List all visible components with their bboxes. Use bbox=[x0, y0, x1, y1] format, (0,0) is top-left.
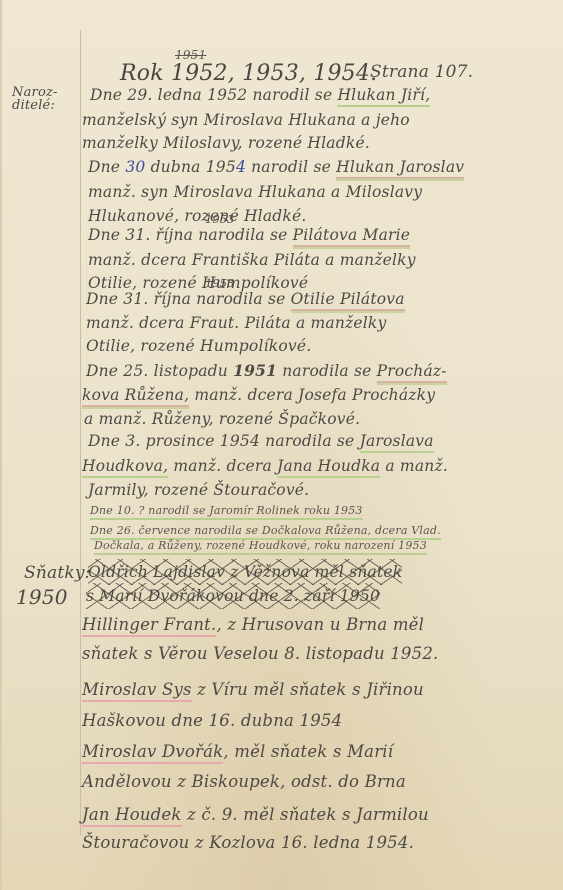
text-fragment: Dne bbox=[88, 158, 125, 176]
birth-entry-2-line-2: manž. syn Miroslava Hlukana a Miloslavy bbox=[88, 183, 422, 201]
marriage-entry-5-line-1: Jan Houdek z č. 9. měl sňatek s Jarmilou bbox=[82, 805, 429, 824]
marriage-entry-1-line-1: Oldřich Lajdislav z Věžnova měl sňatek bbox=[88, 563, 402, 581]
birth-entry-1-line-3: manželky Miloslavy, rozené Hladké. bbox=[82, 134, 370, 152]
birth-note-2-line-2: Dočkala, a Růženy, rozené Houdkové, roku… bbox=[94, 539, 427, 552]
births-margin-label: Naroz- ditelé: bbox=[12, 86, 58, 112]
birth-entry-6-line-3: Jarmily, rozené Štouračové. bbox=[88, 481, 309, 499]
marriage-entry-4-line-2: Andělovou z Biskoupek, odst. do Brna bbox=[82, 772, 406, 791]
birth-entry-1-line-1: Dne 29. ledna 1952 narodil se Hlukan Jiř… bbox=[90, 86, 430, 104]
text-fragment: narodila se bbox=[277, 362, 377, 380]
person-name: Hlukan Jaroslav bbox=[336, 158, 464, 179]
marriages-margin-label: Sňatky: bbox=[24, 563, 91, 583]
text-fragment: manž. dcera bbox=[168, 457, 277, 475]
marriage-entry-1-line-2: s Marií Dvořákovou dne 2. září 1950 bbox=[86, 587, 380, 605]
birth-entry-5-line-1: Dne 25. listopadu 1951 narodila se Proch… bbox=[86, 361, 447, 380]
marriage-entry-4-line-1: Miroslav Dvořák, měl sňatek s Marií bbox=[82, 742, 393, 761]
corrected-day: 30 bbox=[125, 158, 145, 176]
marriages-margin-year: 1950 bbox=[16, 585, 68, 609]
text-fragment: , z Hrusovan u Brna měl bbox=[216, 615, 424, 634]
text-fragment: dubna 195 bbox=[145, 158, 236, 176]
text-fragment: , měl sňatek s Marií bbox=[223, 742, 393, 761]
text-fragment: z č. 9. měl sňatek s Jarmilou bbox=[182, 805, 429, 824]
superscript-year: 1953 bbox=[205, 276, 234, 290]
person-name: Houdkova, bbox=[82, 457, 168, 478]
text-fragment: manž. dcera Josefa Procházky bbox=[189, 386, 435, 404]
birth-entry-6-line-1: Dne 3. prosince 1954 narodila se Jarosla… bbox=[88, 432, 434, 450]
birth-entry-3-line-1: Dne 31. října narodila se Pilátova Marie bbox=[88, 226, 410, 244]
person-name: Miroslav Sys bbox=[82, 680, 192, 702]
person-name: Hlukan Jiří, bbox=[337, 86, 430, 107]
birth-entry-2-line-3: Hlukanové, rozené Hladké. bbox=[88, 207, 306, 225]
corrected-year-digit: 4 bbox=[236, 158, 246, 176]
father-name: Jana Houdka bbox=[277, 457, 380, 478]
birth-entry-1-line-2: manželský syn Miroslava Hlukana a jeho bbox=[82, 111, 410, 129]
corrected-year: 1951 bbox=[233, 361, 277, 380]
text-fragment: narodil se bbox=[246, 158, 336, 176]
text-fragment: a manž. bbox=[380, 457, 448, 475]
birth-entry-2-line-1: Dne 30 dubna 1954 narodil se Hlukan Jaro… bbox=[88, 158, 464, 176]
births-label-line-2: ditelé: bbox=[12, 99, 58, 112]
marriage-entry-2-line-1: Hillinger Frant., z Hrusovan u Brna měl bbox=[82, 615, 424, 634]
person-name: Hillinger Frant. bbox=[82, 615, 216, 637]
person-name: kova Růžena, bbox=[82, 386, 189, 407]
register-page: Strana 107. 1951 Rok 1952, 1953, 1954. N… bbox=[0, 0, 563, 890]
birth-entry-4-line-2: manž. dcera Fraut. Piláta a manželky bbox=[86, 314, 386, 332]
text-fragment: Dne 25. listopadu bbox=[86, 362, 233, 380]
person-name: Miroslav Dvořák bbox=[82, 742, 223, 764]
birth-entry-6-line-2: Houdkova, manž. dcera Jana Houdka a manž… bbox=[82, 457, 448, 475]
marriage-entry-5-line-2: Štouračovou z Kozlova 16. ledna 1954. bbox=[82, 833, 414, 852]
birth-note-1: Dne 10. ? narodil se Jaromír Rolinek rok… bbox=[90, 504, 363, 517]
birth-entry-4-line-1: Dne 31. října narodila se Otilie Pilátov… bbox=[86, 290, 405, 308]
page-number: Strana 107. bbox=[370, 62, 473, 82]
text-fragment: Dne 10. ? narodil se Jaromír Rolinek rok… bbox=[90, 504, 363, 520]
marriage-entry-3-line-1: Miroslav Sys z Víru měl sňatek s Jiřinou bbox=[82, 680, 424, 699]
person-name: Procház- bbox=[377, 362, 447, 383]
marriage-entry-2-line-2: sňatek s Věrou Veselou 8. listopadu 1952… bbox=[82, 644, 438, 663]
person-name: Otilie Pilátova bbox=[291, 290, 405, 311]
struck-year: 1951 bbox=[175, 48, 206, 62]
text-fragment: Dočkala, a Růženy, rozené Houdkové, roku… bbox=[94, 539, 427, 555]
person-name: Jaroslava bbox=[360, 432, 434, 453]
text-fragment: Dne 26. července narodila se Dočkalova R… bbox=[90, 524, 441, 540]
person-name: Pilátova Marie bbox=[293, 226, 411, 247]
text-fragment: z Víru měl sňatek s Jiřinou bbox=[192, 680, 424, 699]
birth-entry-5-line-3: a manž. Růženy, rozené Špačkové. bbox=[84, 410, 360, 428]
text-fragment: Dne 31. října narodila se bbox=[88, 226, 293, 244]
crossed-out-text: s Marií Dvořákovou dne 2. září 1950 bbox=[86, 587, 380, 605]
text-fragment: Dne 31. října narodila se bbox=[86, 290, 291, 308]
birth-entry-3-line-2: manž. dcera Františka Piláta a manželky bbox=[88, 251, 416, 269]
birth-note-2-line-1: Dne 26. července narodila se Dočkalova R… bbox=[90, 524, 441, 537]
birth-entry-5-line-2: kova Růžena, manž. dcera Josefa Procházk… bbox=[82, 386, 435, 404]
text-fragment: Dne 3. prosince 1954 narodila se bbox=[88, 432, 360, 450]
crossed-out-text: Oldřich Lajdislav z Věžnova měl sňatek bbox=[88, 563, 402, 581]
superscript-year: 1953 bbox=[205, 212, 234, 226]
person-name: Jan Houdek bbox=[82, 805, 182, 827]
marriage-entry-3-line-2: Haškovou dne 16. dubna 1954 bbox=[82, 711, 342, 730]
margin-rule bbox=[80, 30, 81, 835]
birth-entry-4-line-3: Otilie, rozené Humpolíkové. bbox=[86, 337, 311, 355]
text-fragment: Dne 29. ledna 1952 narodil se bbox=[90, 86, 337, 104]
page-heading: Rok 1952, 1953, 1954. bbox=[120, 61, 377, 86]
